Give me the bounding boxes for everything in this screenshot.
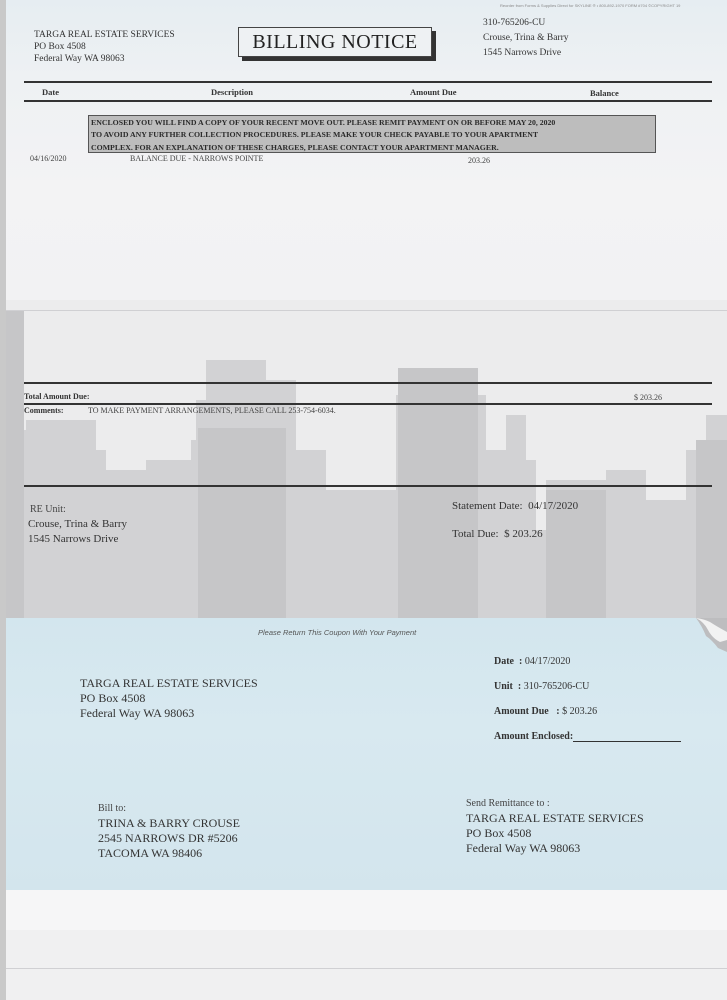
statement-date-value: 04/17/2020	[528, 500, 578, 512]
total-due-value: $ 203.26	[504, 528, 543, 540]
collection-notice-box: ENCLOSED YOU WILL FIND A COPY OF YOUR RE…	[88, 115, 656, 153]
coupon-payee-name: TARGA REAL ESTATE SERVICES	[80, 676, 258, 691]
total-due-label: Total Due:	[452, 528, 499, 540]
account-address: 1545 Narrows Drive	[483, 46, 569, 61]
coupon-payee-line2: Federal Way WA 98063	[80, 706, 258, 721]
remit-to-name: TARGA REAL ESTATE SERVICES	[466, 811, 644, 826]
coupon-unit-field: Unit : 310-765206-CU	[494, 681, 589, 692]
re-unit-details: Crouse, Trina & Barry 1545 Narrows Drive	[28, 517, 127, 547]
header-bottom-rule	[24, 100, 712, 102]
re-unit-label: RE Unit:	[30, 504, 66, 515]
coupon-payee-line1: PO Box 4508	[80, 691, 258, 706]
coupon-date-value: 04/17/2020	[525, 656, 571, 667]
bill-to-name: TRINA & BARRY CROUSE	[98, 816, 240, 831]
summary-top-rule	[24, 485, 712, 487]
city-skyline-watermark	[6, 300, 727, 618]
coupon-instruction: Please Return This Coupon With Your Paym…	[258, 628, 416, 637]
coupon-payee-address: TARGA REAL ESTATE SERVICES PO Box 4508 F…	[80, 676, 258, 721]
total-due: Total Due: $ 203.26	[452, 527, 543, 542]
bill-to-line2: TACOMA WA 98406	[98, 846, 240, 861]
amount-enclosed-blank[interactable]	[573, 731, 681, 742]
totals-top-rule	[24, 382, 712, 384]
remit-to-label: Send Remittance to :	[466, 798, 644, 809]
total-amount-due-label: Total Amount Due:	[24, 392, 90, 401]
coupon-amount-enclosed-field: Amount Enclosed:	[494, 731, 681, 742]
remit-to-line2: Federal Way WA 98063	[466, 841, 644, 856]
table-row-description: BALANCE DUE - NARROWS POINTE	[130, 154, 263, 163]
coupon-amount-due-field: Amount Due : $ 203.26	[494, 706, 597, 717]
remit-to-block: Send Remittance to : TARGA REAL ESTATE S…	[466, 798, 644, 856]
comments-label: Comments:	[24, 406, 64, 415]
statement-date: Statement Date: 04/17/2020	[452, 499, 578, 514]
re-unit-address: 1545 Narrows Drive	[28, 532, 127, 547]
notice-line: ENCLOSED YOU WILL FIND A COPY OF YOUR RE…	[91, 117, 655, 129]
column-header-amount-due: Amount Due	[410, 87, 457, 97]
notice-line: TO AVOID ANY FURTHER COLLECTION PROCEDUR…	[91, 129, 655, 141]
header-top-rule	[24, 81, 712, 83]
comments-text: TO MAKE PAYMENT ARRANGEMENTS, PLEASE CAL…	[88, 406, 336, 415]
remit-to-line1: PO Box 4508	[466, 826, 644, 841]
coupon-amount-due-value: $ 203.26	[562, 706, 597, 717]
bill-to-block: Bill to: TRINA & BARRY CROUSE 2545 NARRO…	[98, 803, 240, 861]
tear-strip	[6, 890, 727, 930]
notice-line: COMPLEX. FOR AN EXPLANATION OF THESE CHA…	[91, 142, 655, 154]
sender-address-line2: Federal Way WA 98063	[34, 53, 175, 65]
sender-name: TARGA REAL ESTATE SERVICES	[34, 29, 175, 41]
column-header-description: Description	[211, 87, 253, 97]
column-header-date: Date	[42, 87, 59, 97]
table-row-amount-due: 203.26	[468, 156, 490, 165]
total-amount-due-value: $ 203.26	[634, 393, 662, 402]
page-title: BILLING NOTICE	[238, 27, 432, 57]
bill-to-line1: 2545 NARROWS DR #5206	[98, 831, 240, 846]
coupon-unit-value: 310-765206-CU	[524, 681, 590, 692]
form-fine-print: Reorder from Forms & Supplies Direct for…	[500, 3, 680, 8]
paper-fold	[6, 968, 727, 969]
coupon-unit-label: Unit	[494, 681, 513, 692]
coupon-date-label: Date	[494, 656, 514, 667]
paper-fold	[6, 310, 727, 311]
coupon-date-field: Date : 04/17/2020	[494, 656, 570, 667]
account-info: 310-765206-CU Crouse, Trina & Barry 1545…	[483, 16, 569, 61]
bill-to-label: Bill to:	[98, 803, 240, 814]
table-row-date: 04/16/2020	[30, 154, 66, 163]
sender-address: TARGA REAL ESTATE SERVICES PO Box 4508 F…	[34, 29, 175, 65]
page-curl-icon	[696, 618, 727, 652]
statement-date-label: Statement Date:	[452, 500, 523, 512]
column-header-balance: Balance	[590, 88, 619, 98]
account-resident: Crouse, Trina & Barry	[483, 31, 569, 46]
coupon-amount-enclosed-label: Amount Enclosed:	[494, 731, 573, 742]
re-unit-resident: Crouse, Trina & Barry	[28, 517, 127, 532]
sender-address-line1: PO Box 4508	[34, 41, 175, 53]
coupon-amount-due-label: Amount Due	[494, 706, 549, 717]
account-unit-id: 310-765206-CU	[483, 16, 569, 31]
totals-bottom-rule	[24, 403, 712, 405]
